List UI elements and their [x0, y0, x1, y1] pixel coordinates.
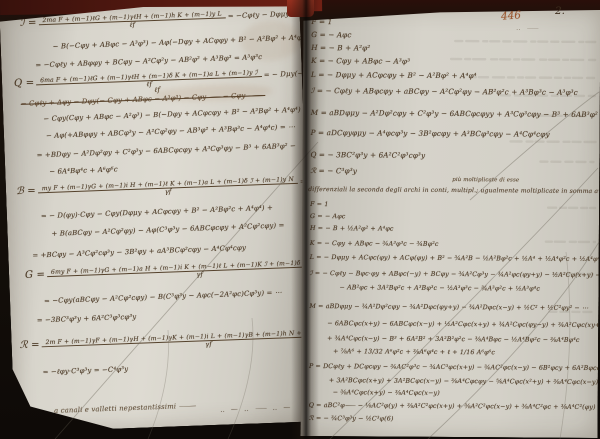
equation-line: P = DCφℓy + DCφcφy − ¾AC²φ³c − ¾AC³φc(x+… — [309, 363, 600, 372]
equation-line: L = − Dφμy + ACφcφy + B² − A²Bφ² + A⁴φ⁴ — [311, 71, 477, 80]
equation-label: G = — [25, 269, 45, 281]
equation-line: G =6my F + (m−1)γG + (m−1)a H + (m−1)i K… — [25, 258, 315, 286]
equation-line: F = 1 — [310, 201, 328, 208]
equation-line: K = − Cφy + ABφc − ¾A³φ³c − ¾Bφ²c — [310, 240, 439, 248]
equation-line: G = − Aφc — [311, 31, 351, 40]
equation-line: = +BDφy − A²Dφ²φy + C²φ³y − 6ABCφcφy + A… — [37, 143, 297, 160]
equation-line: M = aBDφμy − A²Dφ²cφy + C²φ³y − 6ABCφcφy… — [311, 109, 600, 120]
folio-number: 446 — [501, 9, 522, 22]
struck-equation-line: − Cφℓy + Δφy − Dφy(− Cφy + ABφc − A³φ³) … — [21, 92, 266, 109]
page-number: 2. — [555, 5, 565, 17]
equation-line: Q =6ma F + (m−1)ℓG + (m−1)γℓH + (m−1)δ K… — [14, 66, 315, 94]
equation-line: + B(aBCφy − A²Cφ²φy) − Aφ(C³φ³y − 6ABCφc… — [51, 222, 284, 238]
equation-line: L = − Dφμy + ACφc(φy) + ACφ(φy) + B² − ¾… — [310, 254, 600, 263]
inserted-correction: più moltiplicate di esse — [452, 177, 519, 184]
equation-label: ℐ = — [20, 17, 37, 29]
marginal-note: a canali e valletti nepestantissimi ⸻ — [54, 403, 196, 416]
equation-line: ℬ =my F + (m−1)γG + (m−1)i H + (m−1)ℓ K … — [16, 175, 315, 201]
equation-label: Q = — [14, 77, 35, 89]
equation-line: − 6ABCφc(x+y) − 6ABCφc(x−y) + ½A²Cφc(x+y… — [327, 320, 600, 329]
equation-line: − B(−Cφy + ABφc − A³φ³) − Aφ(−Dφy + ACφφ… — [53, 34, 315, 52]
equation-line: − AB²φc + 3A²Bφ²c + A³Bφ³c − ½A³φ³c − ¾A… — [340, 284, 541, 293]
equation-line: = +BCφy − A³Cφ²cφ³y − 3B²φy + aA³BCφ²cφy… — [32, 245, 246, 261]
equation-line: H = − B + ½A²φ² + A⁴φc — [310, 225, 394, 233]
inserted-correction: ℓf — [154, 87, 160, 95]
fraction: 6ma F + (m−1)ℓG + (m−1)γℓH + (m−1)δ K + … — [36, 69, 262, 93]
equation-line: ℛ = − ¾C³φ³y − ½C³φ(6) — [309, 415, 394, 423]
equation-line: − 6A⁴Bφ⁴c + A⁶φ⁶c — [49, 166, 118, 176]
trailing-dashes: ‥ — ‥ ⸺ ‥ — — [220, 404, 292, 415]
book-spine-red — [287, 0, 314, 17]
equation-line: Q = aBC²φ⸺ − ⅛AC²φ(y) + ⅜A²C²φc(x+y) + ⅜… — [309, 402, 596, 411]
equation-line: = −Cφℓy + ABφφy + BCφy − A²Cφ²y − AB²φ² … — [35, 54, 262, 70]
equation-line: F = 1 — [311, 18, 332, 26]
equation-line: P = aDCφyφμy − A⁴φcφ³y − 3B²φcφy + A³BCφ… — [311, 129, 550, 139]
manuscript-photo: ℐ =2ma F + (m−1)ℓG + (m−1)γℓH + (m−1)h K… — [0, 0, 600, 439]
equation-line: + ⅞A⁶ + 13/32 A⁶φ²c + ⅜A⁶φ⁴c + ℓ + 1/16 … — [333, 348, 495, 356]
equation-line: + ¾A⁴Cφc(x−y) − B³ + 6A²B² + 3A²B²φ²c − … — [327, 335, 579, 344]
equation-line: − Aφ(+ABφφy + ABCφ³y − A²Cφ²φy − AB³φ² +… — [46, 124, 295, 141]
fraction: my F + (m−1)γG + (m−1)i H + (m−1)ℓ K + (… — [38, 176, 299, 201]
equation-line: = −Cφy(aBCφy − A²Cφ²cφy) − B(C³φ³y − Aφc… — [44, 289, 282, 306]
equation-line: = − D(φy)·Cφy − Cφy(Dφμy + ACφcφy + B² −… — [41, 205, 273, 221]
equation-line: K = − Cφy + ABφc − A³φ³ — [311, 57, 410, 66]
folio-dashes: ‥ ⸺ — [516, 23, 541, 33]
equation-line: = −3BC³φ³y + 6A²C³φ³cφ³y — [37, 314, 137, 326]
equation-label: ℛ = — [19, 339, 39, 351]
equation-line: ℛ = − C³φ³y — [310, 167, 357, 176]
equation-line: ℐ = − Cφℓy − Bφc·φy + ABφc(−y) + BCφy − … — [310, 270, 600, 279]
equation-line: = −ℓφy·C³φ³y = −C⁴φ³y — [43, 366, 129, 377]
equation-line: ℛ =2m F + (m−1)γF + (m−1)γH + (m−1)γK + … — [19, 326, 314, 355]
equation-line: H = − B + A²φ² — [311, 44, 370, 53]
equation-line: G = − Aφc — [310, 213, 345, 220]
equation-line: M = aBDφμy − ¾A²Dφ²cφy − ¾A²Dφc(φy+y) − … — [309, 303, 588, 312]
right-page: F = 1 G = − Aφc H = − B + A²φ² K = − Cφy… — [301, 8, 600, 438]
equation-line: ℐ = − Cφℓy + ABφcφy + aBCφy − A²Cφ²φy − … — [311, 87, 578, 97]
left-page: ℐ =2ma F + (m−1)ℓG + (m−1)γℓH + (m−1)h K… — [0, 0, 315, 432]
equation-line: − ⅜A⁴Cφc(x+y) − ⅜A⁴Cφc(x−y) — [333, 389, 440, 397]
equation-label: ℬ = — [16, 185, 36, 197]
equation-line: + 3A²BCφc(x+y) + 3A²BCφc(x−y) − ⅜A⁴Cφcφy… — [329, 377, 600, 386]
fraction: 6my F + (m−1)γG + (m−1)a H + (m−1)i K + … — [47, 258, 315, 285]
prose-sentence: differenziali la seconda degli archi in … — [308, 186, 600, 195]
fraction: 2m F + (m−1)γF + (m−1)γH + (m−1)γK + (m−… — [41, 327, 314, 355]
equation-line: Q = − 3BC²φ³y + 6A²C²φ³cφ³y — [310, 151, 425, 160]
equation-line: − Cφy(Cφy + ABφc − A²φ³) − B(−Dφy + ACφc… — [43, 106, 309, 124]
